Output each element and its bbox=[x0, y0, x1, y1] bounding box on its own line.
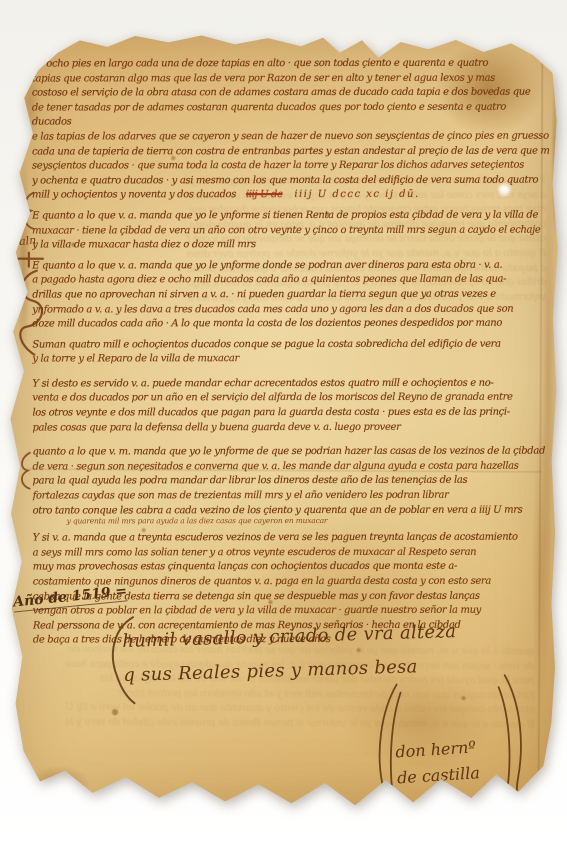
manuscript-line: muy mas provechosas estas çinquenta lanç… bbox=[33, 560, 550, 575]
parchment-sheet: Y si v. a. manda que a treynta escuderos… bbox=[6, 24, 559, 816]
sum-corrected-roman: iiij U dccc xc ij dū. bbox=[294, 189, 419, 200]
manuscript-line-total-sum: mill y ochoçientos y noventa y dos ducad… bbox=[32, 188, 549, 203]
manuscript-line: Y si desto es servido v. a. puede mandar… bbox=[32, 376, 549, 391]
paragraph-suma: Suman quatro mill e ochoçientos ducados … bbox=[32, 337, 549, 367]
manuscript-line: a seys mill mrs como las solian tener y … bbox=[33, 545, 550, 560]
manuscript-line: los otros veynte e dos mill ducados que … bbox=[32, 406, 549, 421]
manuscript-line: de vera · segun son neçesitados e conver… bbox=[33, 459, 550, 474]
manuscript-line: venta e dos ducados por un año en el ser… bbox=[32, 391, 549, 406]
manuscript-line: vengan otros a poblar en la çibdad de ve… bbox=[33, 604, 550, 619]
manuscript-line: y la villa de muxacar hasta diez o doze … bbox=[32, 238, 549, 253]
paragraph-rentas-propios: E quanto a lo que v. a. manda que yo le … bbox=[32, 209, 549, 254]
manuscript-line: drillas que no aprovechan ni sirven a v.… bbox=[32, 287, 549, 302]
paragraph-costs-tapias: de ocho pies en largo cada una de doze t… bbox=[32, 57, 549, 204]
manuscript-line: E quanto a lo que v. a. manda que yo le … bbox=[32, 209, 549, 224]
signature-block: don hernº de castilla bbox=[395, 734, 481, 791]
paragraph-casas-vezinos: quanto a lo que v. m. manda que yo le yn… bbox=[32, 445, 549, 526]
manuscript-line: y ochenta e quatro ducados · y asi mesmo… bbox=[32, 173, 549, 188]
manuscript-line: y la torre y el Reparo de la villa de mu… bbox=[32, 352, 549, 367]
manuscript-line: cada una de tapieria de tierra con costr… bbox=[32, 144, 549, 159]
sum-line-text: mill y ochoçientos y noventa y dos ducad… bbox=[32, 189, 236, 200]
closing-formula: humil vasallo y criado de vra alteza q s… bbox=[122, 615, 458, 693]
manuscript-line: tapias que costaran algo mas que las de … bbox=[32, 71, 549, 86]
manuscript-line: ducados bbox=[32, 115, 549, 130]
manuscript-line: seysçientos ducados · que suma toda la c… bbox=[32, 159, 549, 174]
manuscript-line: e las tapias de los adarves que se cayer… bbox=[32, 130, 549, 145]
parchment-surface: Y si v. a. manda que a treynta escuderos… bbox=[4, 23, 561, 818]
manuscript-line: costoso el serviçio de la obra atasa con… bbox=[32, 86, 549, 101]
sum-struck-red: iiij U dc bbox=[246, 189, 282, 200]
manuscript-line: ynformado a v. a. y les dava a tres duca… bbox=[32, 302, 549, 317]
signature-surname: de castilla bbox=[396, 760, 480, 791]
manuscript-line: pales cosas que para la defensa della y … bbox=[32, 420, 549, 435]
margin-note-valn: valn bbox=[12, 234, 37, 249]
paragraph-alfarda: Y si desto es servido v. a. puede mandar… bbox=[32, 376, 549, 435]
manuscript-line: fortalezas caydas que son mas de trezien… bbox=[33, 489, 550, 504]
letter-body: de ocho pies en largo cada una de doze t… bbox=[32, 57, 550, 655]
manuscript-line: doze mill ducados cada año · A lo que mo… bbox=[32, 317, 549, 332]
paragraph-dineros-obra: E quanto a lo que v. a. manda que yo le … bbox=[32, 258, 549, 332]
manuscript-line: quanto a lo que v. m. manda que yo le yn… bbox=[32, 445, 549, 460]
manuscript-line: Y si v. a. manda que a treynta escuderos… bbox=[33, 531, 550, 546]
manuscript-line: Suman quatro mill e ochoçientos ducados … bbox=[32, 337, 549, 352]
manuscript-scan: Y si v. a. manda que a treynta escuderos… bbox=[0, 0, 567, 843]
manuscript-line: E quanto a lo que v. a. manda que yo le … bbox=[32, 258, 549, 273]
manuscript-line: de tener tasadas por de adames costaran … bbox=[32, 100, 549, 115]
manuscript-line: muxacar · tiene la çibdad de vera un año… bbox=[32, 223, 549, 238]
manuscript-line: de ocho pies en largo cada una de doze t… bbox=[32, 57, 549, 72]
manuscript-line: para la qual ayuda les podra mandar dar … bbox=[33, 474, 550, 489]
manuscript-line: a pagado hasta agora diez e ocho mill du… bbox=[32, 273, 549, 288]
